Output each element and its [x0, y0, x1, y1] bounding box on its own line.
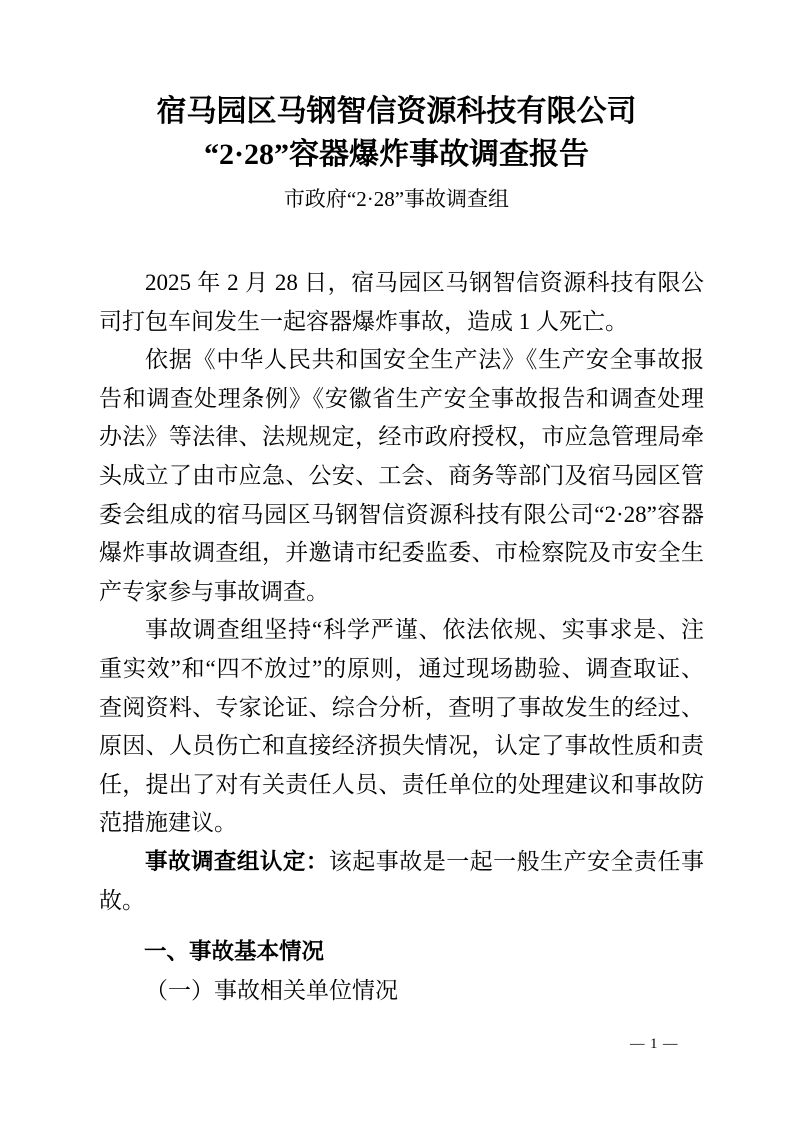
document-subtitle: 市政府“2·28”事故调查组 [0, 186, 793, 213]
document-page: 宿马园区马钢智信资源科技有限公司 “2·28”容器爆炸事故调查报告 市政府“2·… [0, 0, 793, 1122]
document-title-line1: 宿马园区马钢智信资源科技有限公司 [0, 90, 793, 133]
paragraph: 2025 年 2 月 28 日，宿马园区马钢智信资源科技有限公司打包车间发生一起… [99, 264, 704, 341]
page-number: — 1 — [630, 1036, 679, 1053]
subsection-heading: （一）事故相关单位情况 [99, 972, 704, 1011]
text-run: 一、事故基本情况 [144, 939, 324, 964]
text-run: 依据《中华人民共和国安全生产法》《生产安全事故报告和调查处理条例》《安徽省生产安… [99, 347, 704, 604]
document-title-line2: “2·28”容器爆炸事故调查报告 [0, 133, 793, 176]
document-body: 2025 年 2 月 28 日，宿马园区马钢智信资源科技有限公司打包车间发生一起… [99, 264, 704, 1010]
paragraph: 事故调查组认定：该起事故是一起一般生产安全责任事故。 [99, 843, 704, 920]
paragraph: 事故调查组坚持“科学严谨、依法依规、实事求是、注重实效”和“四不放过”的原则，通… [99, 611, 704, 843]
section-heading: 一、事故基本情况 [99, 933, 704, 972]
text-run: （一）事故相关单位情况 [145, 978, 398, 1003]
text-run: 2025 年 2 月 28 日，宿马园区马钢智信资源科技有限公司打包车间发生一起… [99, 270, 704, 334]
document-title: 宿马园区马钢智信资源科技有限公司 “2·28”容器爆炸事故调查报告 [0, 90, 793, 176]
text-run: 事故调查组坚持“科学严谨、依法依规、实事求是、注重实效”和“四不放过”的原则，通… [99, 617, 704, 835]
bold-text-run: 事故调查组认定： [145, 849, 329, 874]
paragraph: 依据《中华人民共和国安全生产法》《生产安全事故报告和调查处理条例》《安徽省生产安… [99, 341, 704, 611]
